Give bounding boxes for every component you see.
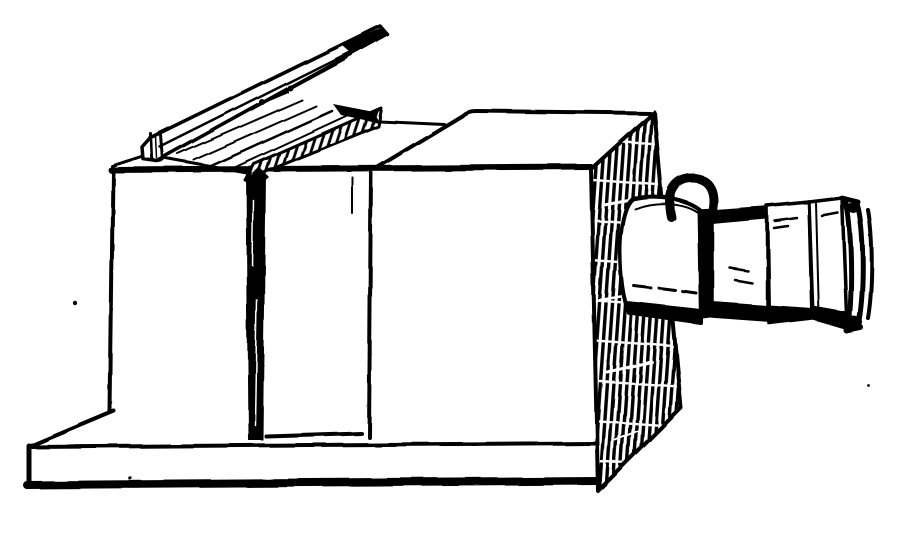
engraving-figure: [0, 0, 906, 540]
lens-tube: [712, 208, 767, 320]
lens-collar: [620, 197, 701, 323]
lens-rings: [767, 198, 847, 328]
engraving-canvas: [0, 0, 906, 540]
